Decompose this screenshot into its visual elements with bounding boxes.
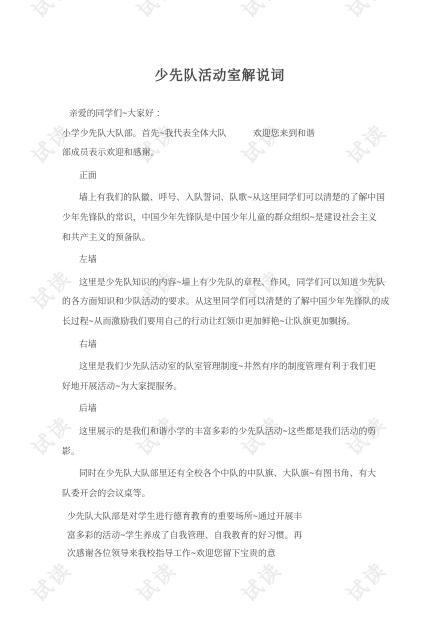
watermark-text: 试读 (24, 0, 77, 23)
text-line: 的各方面知识和少队活动的要求。从这里同学们可以清楚的了解中国少年先锋队的成 (62, 292, 378, 312)
text-line: 墙上有我们的队徽、呼号、入队誓词、队歌~从这里同学们可以清楚的了解中国 (79, 188, 378, 208)
text-line: 这里是我们少先队活动室的队室管理制度~井然有序的制度管理有利于我们更 (79, 357, 378, 377)
text-line: 好地开展活动~为大家提服务。 (62, 377, 378, 397)
page-title: 少先队活动室解说词 (62, 64, 378, 84)
text-line: 这里展示的是我们和谐小学的丰富多彩的少先队活动~这些都是我们活动的剪 (79, 422, 378, 442)
document-page: 试读试读试读试读试读试读试读试读试读试读试读试读试读试读试读试读试读试读试读试读… (0, 0, 440, 620)
text-line: 亲爱的同学们~大家好 ： (69, 104, 378, 124)
text-line: 影。 (62, 442, 378, 462)
text-line: 同时在少先队大队部里还有全校各个中队的中队旗、大队旗~有图书角、有大 (79, 464, 378, 484)
text-line: 长过程~从而激励我们要用自己的行动让红领巾更加鲜艳~让队旗更加飘扬。 (62, 312, 378, 332)
text-line: 和共产主义的预备队。 (62, 228, 378, 248)
text-line: 小学少先队大队部。首先~我代表全体大队 欢迎您来到和谐 (62, 124, 378, 144)
section-label: 正面 (79, 166, 378, 186)
text-line: 少年先锋队的常识，中国少年先锋队是中国少年儿童的群众组织~是建设社会主义 (62, 208, 378, 228)
watermark-text: 试读 (234, 0, 287, 23)
document-body: 亲爱的同学们~大家好 ：小学少先队大队部。首先~我代表全体大队 欢迎您来到和谐部… (62, 104, 378, 563)
text-line: 队委开会的会议桌等。 (62, 484, 378, 504)
text-line: 富多彩的活动~学生养成了自我管理、自我教育的好习惯。再 (67, 526, 378, 545)
text-line: 部成员表示欢迎和感谢。 (62, 143, 378, 163)
watermark-text: 试读 (339, 0, 392, 23)
watermark-text: 试读 (129, 0, 182, 23)
section-label: 左墙 (79, 250, 378, 270)
section-label: 右墙 (79, 335, 378, 355)
text-line: 少先队大队部是对学生进行德育教育的重要场所~通过开展丰 (67, 507, 378, 526)
text-line: 次感谢各位领导来我校指导工作~欢迎您留下宝贵的意 (67, 544, 378, 563)
text-line: 这里是少先队知识的内容~墙上有少先队的章程、作风，同学们可以知道少先队 (79, 273, 378, 293)
section-label: 后墙 (79, 399, 378, 419)
